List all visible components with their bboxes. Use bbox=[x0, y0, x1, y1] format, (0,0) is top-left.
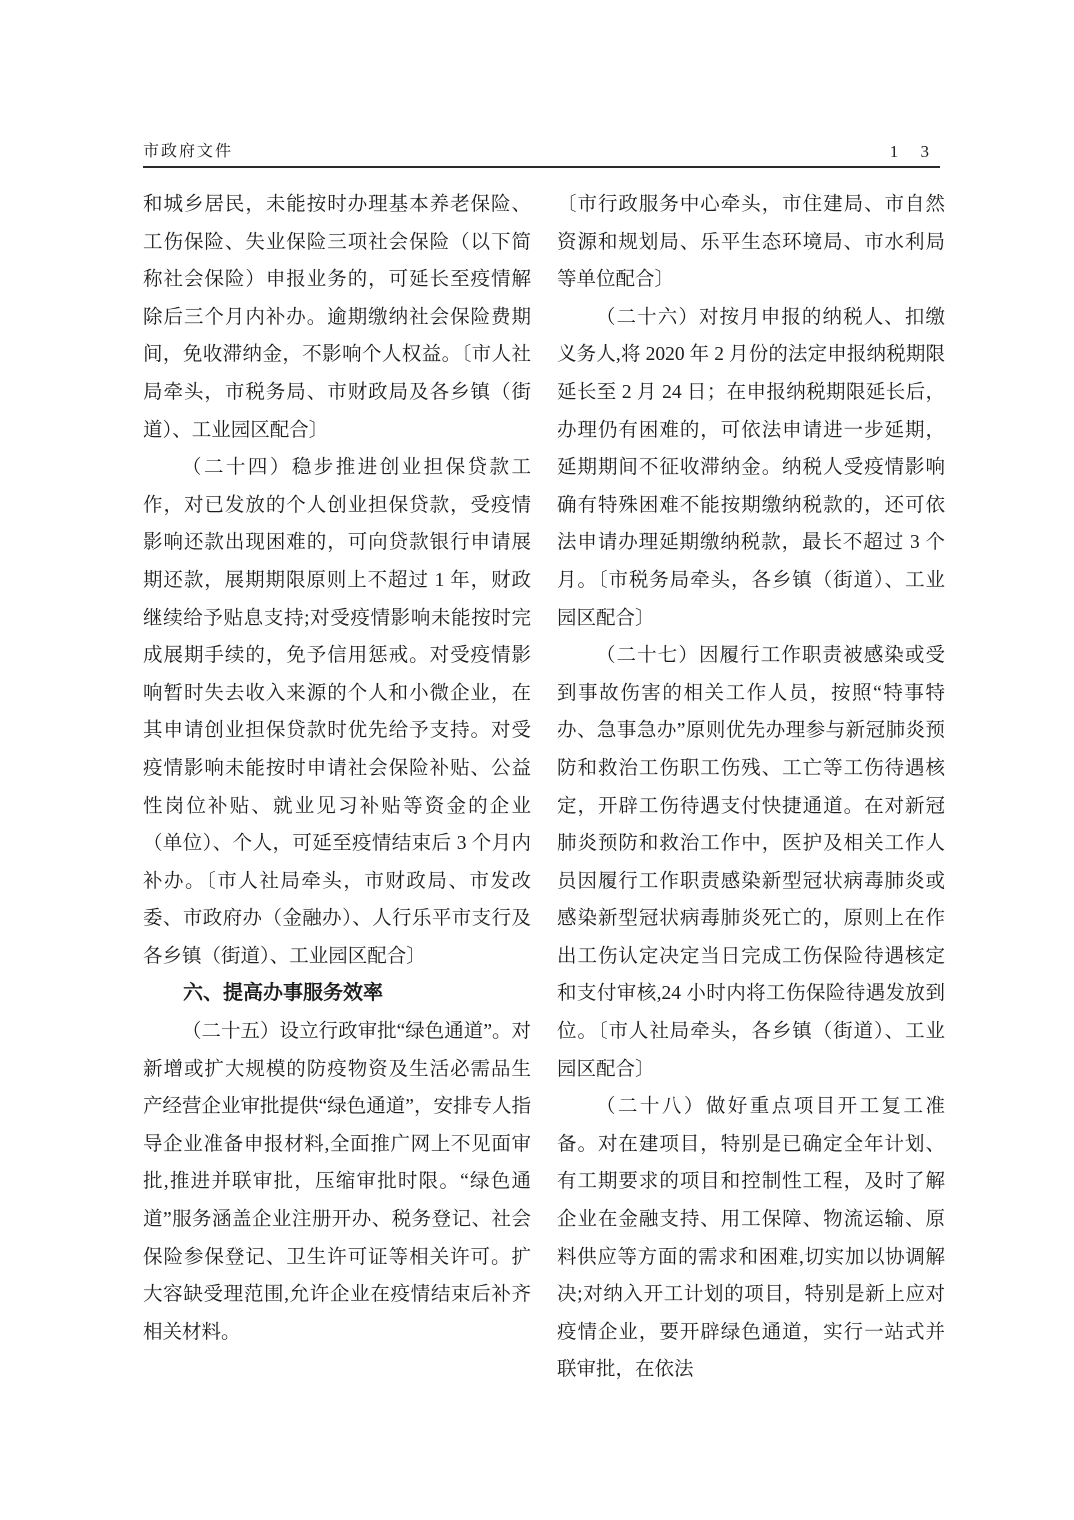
document-body: 和城乡居民，未能按时办理基本养老保险、工伤保险、失业保险三项社会保险（以下简称社… bbox=[143, 186, 945, 1389]
left-column: 和城乡居民，未能按时办理基本养老保险、工伤保险、失业保险三项社会保险（以下简称社… bbox=[143, 186, 531, 1389]
page-number: 1 3 bbox=[890, 140, 940, 164]
paragraph-item26: （二十六）对按月申报的纳税人、扣缴义务人,将 2020 年 2 月份的法定申报纳… bbox=[557, 299, 945, 637]
paragraph-continuation-item25: 〔市行政服务中心牵头，市住建局、市自然资源和规划局、乐平生态环境局、市水利局等单… bbox=[557, 186, 945, 299]
document-page: 市政府文件 1 3 和城乡居民，未能按时办理基本养老保险、工伤保险、失业保险三项… bbox=[0, 0, 1074, 1520]
paragraph-continuation-item23: 和城乡居民，未能按时办理基本养老保险、工伤保险、失业保险三项社会保险（以下简称社… bbox=[143, 186, 531, 449]
paragraph-item24: （二十四）稳步推进创业担保贷款工作，对已发放的个人创业担保贷款，受疫情影响还款出… bbox=[143, 449, 531, 975]
paragraph-item28: （二十八）做好重点项目开工复工准备。对在建项目，特别是已确定全年计划、有工期要求… bbox=[557, 1088, 945, 1389]
paragraph-item25: （二十五）设立行政审批“绿色通道”。对新增或扩大规模的防疫物资及生活必需品生产经… bbox=[143, 1013, 531, 1351]
paragraph-item27: （二十七）因履行工作职责被感染或受到事故伤害的相关工作人员，按照“特事特办、急事… bbox=[557, 637, 945, 1088]
section-heading-6: 六、提高办事服务效率 bbox=[143, 975, 531, 1013]
page-header: 市政府文件 1 3 bbox=[143, 140, 940, 168]
right-column: 〔市行政服务中心牵头，市住建局、市自然资源和规划局、乐平生态环境局、市水利局等单… bbox=[557, 186, 945, 1389]
header-doc-type-label: 市政府文件 bbox=[143, 140, 233, 164]
